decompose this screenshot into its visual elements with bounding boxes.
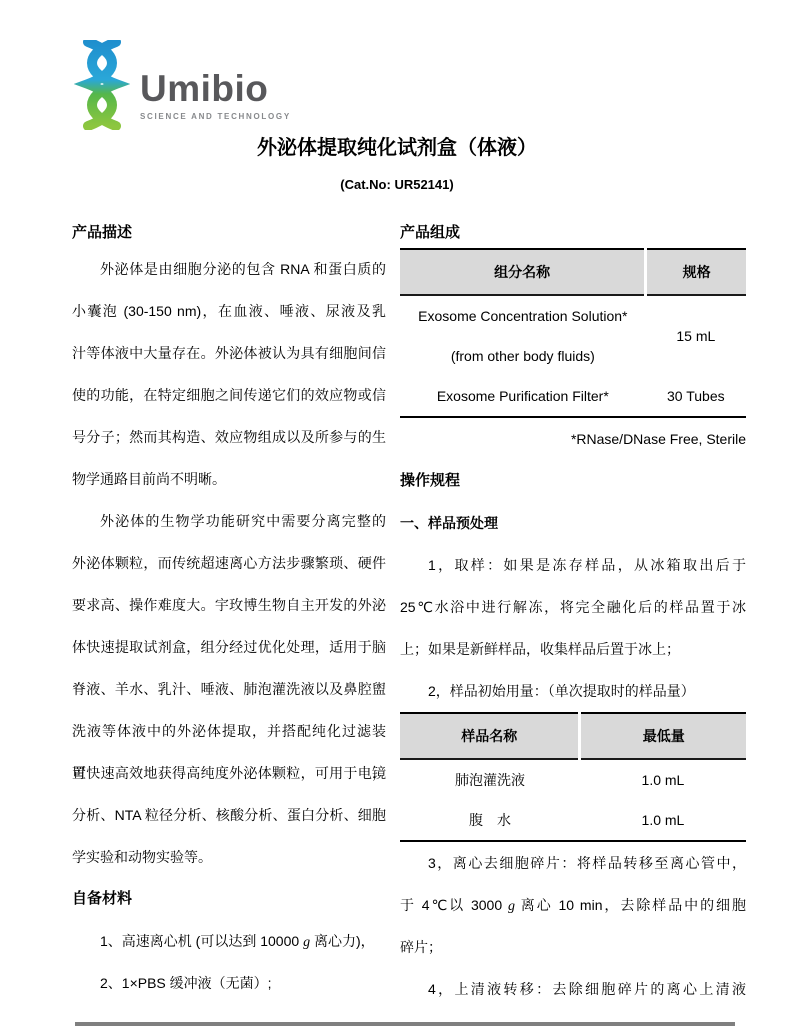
column-header-spec: 规格 (646, 249, 746, 295)
subsection-heading-sample-pretreatment: 一、样品预处理 (400, 502, 746, 544)
logo-text: Umibio SCIENCE AND TECHNOLOGY (140, 50, 291, 121)
step-line: 25℃水浴中进行解冻，将完全融化后的样品置于冰 (400, 586, 746, 628)
materials-item-1: 1、高速离心机 (可以达到 10000 g 离心力)， (72, 920, 386, 962)
sample-volume-cell: 1.0 mL (580, 800, 746, 841)
paragraph-line: 学实验和动物实验等。 (72, 836, 386, 878)
section-heading-materials: 自备材料 (72, 878, 386, 920)
component-name-line1: Exosome Purification Filter* (400, 376, 646, 416)
table-row: 腹 水 1.0 mL (400, 800, 746, 841)
table-row: 肺泡灌洗液 1.0 mL (400, 759, 746, 800)
footer-divider (75, 1022, 735, 1026)
left-column: 产品描述 外泌体是由细胞分泌的包含 RNA 和蛋白质的 小囊泡 (30-150 … (72, 218, 386, 1004)
paragraph-line: 号分子；然而其构造、效应物组成以及所参与的生 (72, 416, 386, 458)
paragraph-line: 要求高、操作难度大。宇玫博生物自主开发的外泌 (72, 584, 386, 626)
sterility-note: *RNase/DNase Free, Sterile (400, 418, 746, 460)
paragraph-line: 物学通路目前尚不明晰。 (72, 458, 386, 500)
step-line: 上；如果是新鲜样品，收集样品后置于冰上； (400, 628, 746, 670)
table-row: Exosome Purification Filter* 30 Tubes (400, 376, 746, 417)
brand-tagline: SCIENCE AND TECHNOLOGY (140, 112, 291, 121)
dna-helix-icon (74, 40, 130, 130)
materials-item-1-text-end: 离心力)， (310, 933, 375, 949)
component-name-cell: Exosome Concentration Solution* (from ot… (400, 295, 646, 376)
section-heading-product-description: 产品描述 (72, 218, 386, 248)
step-line: 于 4℃以 3000 g 离心 10 min，去除样品中的细胞 (400, 884, 746, 926)
paragraph-line: 脊液、羊水、乳汁、唾液、肺泡灌洗液以及鼻腔盥 (72, 668, 386, 710)
step-text: 于 4℃以 3000 (400, 897, 508, 913)
g-force-symbol: g (303, 935, 310, 950)
paragraph-line: 外泌体是由细胞分泌的包含 RNA 和蛋白质的 (72, 248, 386, 290)
document-page: Umibio SCIENCE AND TECHNOLOGY 外泌体提取纯化试剂盒… (0, 0, 794, 1030)
section-heading-procedure: 操作规程 (400, 460, 746, 502)
page-title: 外泌体提取纯化试剂盒（体液） (0, 131, 794, 160)
step-line: 1，取样：如果是冻存样品，从冰箱取出后于 (400, 544, 746, 586)
section-heading-components: 产品组成 (400, 218, 746, 248)
column-header-component: 组分名称 (400, 249, 646, 295)
paragraph-line: 体快速提取试剂盒，组分经过优化处理，适用于脑 (72, 626, 386, 668)
sample-name-cell: 腹 水 (400, 800, 580, 841)
paragraph-line: 外泌体的生物学功能研究中需要分离完整的 (72, 500, 386, 542)
right-column: 产品组成 组分名称 规格 Exosome Concentration Solut… (400, 218, 746, 1010)
sample-name: 腹 水 (400, 800, 580, 840)
paragraph-line: 分析、NTA 粒径分析、核酸分析、蛋白分析、细胞 (72, 794, 386, 836)
sample-volume: 1.0 mL (580, 760, 746, 800)
components-table: 组分名称 规格 Exosome Concentration Solution* … (400, 248, 746, 418)
g-force-symbol: g (508, 899, 515, 914)
sample-name-cell: 肺泡灌洗液 (400, 759, 580, 800)
paragraph-line: 洗液等体液中的外泌体提取，并搭配纯化过滤装置， (72, 710, 386, 752)
sample-volume-cell: 1.0 mL (580, 759, 746, 800)
component-spec-cell: 15 mL (646, 295, 746, 376)
component-name-cell: Exosome Purification Filter* (400, 376, 646, 417)
table-header-row: 组分名称 规格 (400, 249, 746, 295)
brand-name: Umibio (140, 70, 291, 107)
step-line: 2，样品初始用量：（单次提取时的样品量） (400, 670, 746, 712)
paragraph-line: 使的功能，在特定细胞之间传递它们的效应物或信 (72, 374, 386, 416)
catalog-number: (Cat.No: UR52141) (0, 177, 794, 192)
step-text-end: 离心 10 min，去除样品中的细胞 (515, 897, 746, 913)
table-header-row: 样品名称 最低量 (400, 713, 746, 759)
column-header-minimum: 最低量 (580, 713, 746, 759)
component-name-line1: Exosome Concentration Solution* (400, 296, 646, 336)
paragraph-line: 小囊泡 (30-150 nm)，在血液、唾液、尿液及乳 (72, 290, 386, 332)
sample-name: 肺泡灌洗液 (400, 760, 580, 800)
step-line: 4，上清液转移：去除细胞碎片的离心上清液 (400, 968, 746, 1010)
step-line: 碎片； (400, 926, 746, 968)
component-spec-cell: 30 Tubes (646, 376, 746, 417)
paragraph-line: 可快速高效地获得高纯度外泌体颗粒，可用于电镜 (72, 752, 386, 794)
table-row: Exosome Concentration Solution* (from ot… (400, 295, 746, 376)
sample-volume: 1.0 mL (580, 800, 746, 840)
company-logo: Umibio SCIENCE AND TECHNOLOGY (74, 40, 291, 130)
materials-item-2: 2、1×PBS 缓冲液（无菌）; (72, 962, 386, 1004)
sample-volume-table: 样品名称 最低量 肺泡灌洗液 1.0 mL 腹 水 1.0 mL (400, 712, 746, 842)
component-name-line2: (from other body fluids) (400, 336, 646, 376)
materials-item-1-text: 1、高速离心机 (可以达到 10000 (100, 933, 303, 949)
column-header-sample-name: 样品名称 (400, 713, 580, 759)
paragraph-line: 外泌体颗粒，而传统超速离心方法步骤繁琐、硬件 (72, 542, 386, 584)
paragraph-line: 汁等体液中大量存在。外泌体被认为具有细胞间信 (72, 332, 386, 374)
step-line: 3，离心去细胞碎片：将样品转移至离心管中， (400, 842, 746, 884)
